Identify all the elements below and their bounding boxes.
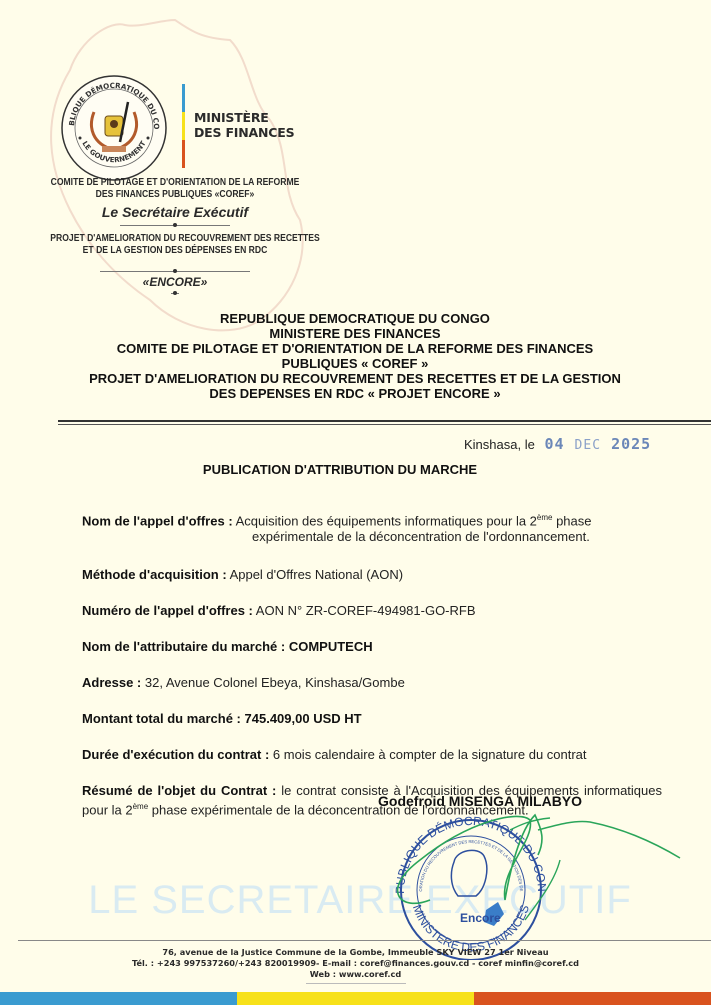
document-title: PUBLICATION D'ATTRIBUTION DU MARCHE bbox=[60, 462, 620, 477]
header-line: DES DEPENSES EN RDC « PROJET ENCORE » bbox=[70, 386, 640, 401]
date-stamp: 04 DEC 2025 bbox=[544, 435, 651, 453]
decorative-divider bbox=[100, 267, 250, 275]
field-value: 745.409,00 USD HT bbox=[245, 711, 362, 726]
ministry-name: MINISTÈRE DES FINANCES bbox=[194, 110, 294, 140]
field-value: COMPUTECH bbox=[289, 639, 373, 654]
flag-color-bar bbox=[182, 84, 185, 168]
header-line: PUBLIQUES « COREF » bbox=[70, 356, 640, 371]
header-line: COMITE DE PILOTAGE ET D'ORIENTATION DE L… bbox=[70, 341, 640, 356]
field-tender-number: Numéro de l'appel d'offres : AON N° ZR-C… bbox=[82, 603, 662, 619]
project-short-name: «ENCORE» bbox=[30, 275, 320, 289]
date-line: Kinshasa, le 04 DEC 2025 bbox=[464, 435, 651, 453]
field-label: Montant total du marché : bbox=[82, 711, 241, 726]
date-month: DEC bbox=[575, 438, 601, 453]
field-value: AON N° ZR-COREF-494981-GO-RFB bbox=[256, 603, 476, 618]
field-label: Numéro de l'appel d'offres : bbox=[82, 603, 253, 618]
flag-red-stripe bbox=[474, 992, 711, 1005]
role-title: Le Secrétaire Exécutif bbox=[30, 203, 320, 221]
field-label: Résumé de l'objet du Contrat : bbox=[82, 783, 276, 798]
committee-line1: COMITE DE PILOTAGE ET D'ORIENTATION DE L… bbox=[50, 177, 299, 189]
committee-line2: DES FINANCES PUBLIQUES «COREF» bbox=[50, 189, 299, 201]
header-line: REPUBLIQUE DEMOCRATIQUE DU CONGO bbox=[70, 311, 640, 326]
field-awardee: Nom de l'attributaire du marché : COMPUT… bbox=[82, 639, 662, 655]
project-line2: ET DE LA GESTION DES DÉPENSES EN RDC bbox=[50, 245, 299, 257]
flag-blue-stripe bbox=[0, 992, 237, 1005]
footer-web-link[interactable]: Web : www.coref.cd bbox=[0, 969, 711, 980]
field-value: 6 mois calendaire à compter de la signat… bbox=[273, 747, 587, 762]
header-divider bbox=[58, 420, 711, 425]
coat-of-arms-seal-icon: RÉPUBLIQUE DÉMOCRATIQUE DU CONGO LE GOUV… bbox=[58, 72, 170, 184]
field-label: Nom de l'attributaire du marché : bbox=[82, 639, 285, 654]
field-label: Durée d'exécution du contrat : bbox=[82, 747, 269, 762]
field-address: Adresse : 32, Avenue Colonel Ebeya, Kins… bbox=[82, 675, 662, 691]
award-details: Nom de l'appel d'offres : Acquisition de… bbox=[82, 510, 662, 839]
footer-decoration bbox=[306, 983, 406, 984]
letterhead-block: COMITE DE PILOTAGE ET D'ORIENTATION DE L… bbox=[30, 177, 320, 295]
ministry-name-line1: MINISTÈRE bbox=[194, 110, 294, 125]
field-value: Appel d'Offres National (AON) bbox=[230, 567, 403, 582]
official-header: REPUBLIQUE DEMOCRATIQUE DU CONGO MINISTE… bbox=[70, 311, 640, 401]
date-year: 2025 bbox=[611, 435, 651, 453]
flag-tricolor-band bbox=[0, 992, 711, 1005]
handwritten-signature bbox=[360, 800, 700, 930]
date-prefix: Kinshasa, le bbox=[464, 437, 535, 452]
field-duration: Durée d'exécution du contrat : 6 mois ca… bbox=[82, 747, 662, 763]
footer: 76, avenue de la Justice Commune de la G… bbox=[0, 947, 711, 984]
decorative-dot bbox=[171, 289, 179, 295]
footer-address: 76, avenue de la Justice Commune de la G… bbox=[0, 947, 711, 958]
field-label: Méthode d'acquisition : bbox=[82, 567, 227, 582]
footer-contact: Tél. : +243 997537260/+243 820019909- E-… bbox=[0, 958, 711, 969]
ministry-logo: RÉPUBLIQUE DÉMOCRATIQUE DU CONGO LE GOUV… bbox=[58, 72, 318, 182]
field-amount: Montant total du marché : 745.409,00 USD… bbox=[82, 711, 662, 727]
field-label: Nom de l'appel d'offres : bbox=[82, 513, 233, 528]
header-line: PROJET D'AMELIORATION DU RECOUVREMENT DE… bbox=[70, 371, 640, 386]
field-label: Adresse : bbox=[82, 675, 141, 690]
footer-divider bbox=[18, 940, 711, 941]
decorative-divider bbox=[120, 221, 230, 229]
flag-yellow-stripe bbox=[237, 992, 474, 1005]
field-method: Méthode d'acquisition : Appel d'Offres N… bbox=[82, 567, 662, 583]
date-day: 04 bbox=[544, 435, 564, 453]
header-line: MINISTERE DES FINANCES bbox=[70, 326, 640, 341]
field-tender-name: Nom de l'appel d'offres : Acquisition de… bbox=[82, 510, 662, 545]
ministry-name-line2: DES FINANCES bbox=[194, 125, 294, 140]
field-value: 32, Avenue Colonel Ebeya, Kinshasa/Gombe bbox=[145, 675, 405, 690]
project-line1: PROJET D'AMELIORATION DU RECOUVREMENT DE… bbox=[50, 233, 299, 245]
